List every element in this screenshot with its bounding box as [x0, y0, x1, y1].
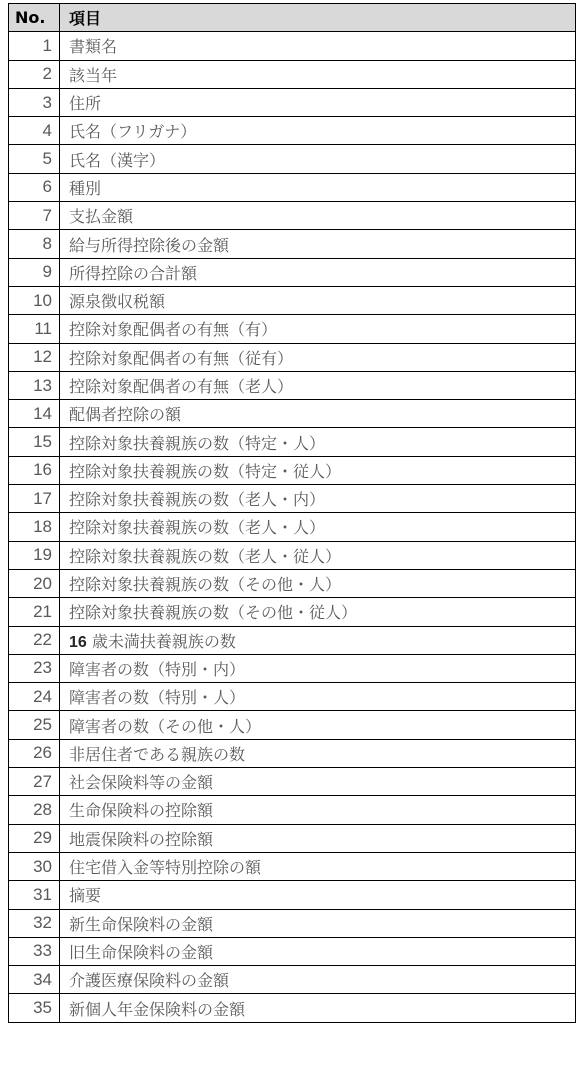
table-row: 8給与所得控除後の金額	[9, 230, 576, 258]
row-item: 控除対象配偶者の有無（老人）	[60, 371, 576, 399]
table-row: 25障害者の数（その他・人）	[9, 711, 576, 739]
row-number: 24	[9, 683, 60, 711]
row-item: 支払金額	[60, 202, 576, 230]
table-row: 14配偶者控除の額	[9, 400, 576, 428]
table-row: 12控除対象配偶者の有無（従有）	[9, 343, 576, 371]
row-number: 8	[9, 230, 60, 258]
table-row: 9所得控除の合計額	[9, 258, 576, 286]
row-number: 3	[9, 88, 60, 116]
table-row: 18控除対象扶養親族の数（老人・人）	[9, 513, 576, 541]
row-number: 26	[9, 739, 60, 767]
row-item: 控除対象扶養親族の数（特定・人）	[60, 428, 576, 456]
table-row: 27社会保険料等の金額	[9, 768, 576, 796]
row-item: 所得控除の合計額	[60, 258, 576, 286]
table-row: 11控除対象配偶者の有無（有）	[9, 315, 576, 343]
row-item: 16 歳未満扶養親族の数	[60, 626, 576, 654]
row-number: 34	[9, 966, 60, 994]
table-row: 13控除対象配偶者の有無（老人）	[9, 371, 576, 399]
table-row: 4氏名（フリガナ）	[9, 117, 576, 145]
row-item: 給与所得控除後の金額	[60, 230, 576, 258]
row-number: 13	[9, 371, 60, 399]
table-row: 15控除対象扶養親族の数（特定・人）	[9, 428, 576, 456]
row-number: 11	[9, 315, 60, 343]
row-item: 非居住者である親族の数	[60, 739, 576, 767]
row-item: 控除対象扶養親族の数（老人・人）	[60, 513, 576, 541]
table-row: 1書類名	[9, 32, 576, 60]
row-number: 33	[9, 937, 60, 965]
row-number: 30	[9, 852, 60, 880]
row-number: 22	[9, 626, 60, 654]
column-header-item: 項目	[60, 4, 576, 32]
row-item-bold-prefix: 16	[69, 634, 87, 651]
row-number: 16	[9, 456, 60, 484]
row-item: 控除対象扶養親族の数（その他・従人）	[60, 598, 576, 626]
row-item: 地震保険料の控除額	[60, 824, 576, 852]
row-item: 控除対象配偶者の有無（有）	[60, 315, 576, 343]
row-number: 29	[9, 824, 60, 852]
table-row: 10源泉徴収税額	[9, 286, 576, 314]
row-number: 9	[9, 258, 60, 286]
row-item: 源泉徴収税額	[60, 286, 576, 314]
table-row: 21控除対象扶養親族の数（その他・従人）	[9, 598, 576, 626]
row-number: 4	[9, 117, 60, 145]
table-row: 23障害者の数（特別・内）	[9, 654, 576, 682]
row-number: 14	[9, 400, 60, 428]
row-number: 7	[9, 202, 60, 230]
row-number: 12	[9, 343, 60, 371]
table-row: 34介護医療保険料の金額	[9, 966, 576, 994]
row-item: 控除対象扶養親族の数（老人・内）	[60, 485, 576, 513]
table-row: 26非居住者である親族の数	[9, 739, 576, 767]
table-row: 30住宅借入金等特別控除の額	[9, 852, 576, 880]
row-item: 控除対象扶養親族の数（老人・従人）	[60, 541, 576, 569]
row-number: 27	[9, 768, 60, 796]
row-item: 新生命保険料の金額	[60, 909, 576, 937]
table-row: 3住所	[9, 88, 576, 116]
row-number: 10	[9, 286, 60, 314]
row-number: 25	[9, 711, 60, 739]
table-row: 20控除対象扶養親族の数（その他・人）	[9, 569, 576, 597]
row-item: 障害者の数（特別・内）	[60, 654, 576, 682]
table-header-row: No. 項目	[9, 4, 576, 32]
row-item-text: 歳未満扶養親族の数	[87, 632, 236, 651]
row-item: 書類名	[60, 32, 576, 60]
row-number: 17	[9, 485, 60, 513]
row-number: 1	[9, 32, 60, 60]
row-item: 障害者の数（特別・人）	[60, 683, 576, 711]
row-number: 23	[9, 654, 60, 682]
row-item: 障害者の数（その他・人）	[60, 711, 576, 739]
row-item: 該当年	[60, 60, 576, 88]
row-number: 5	[9, 145, 60, 173]
table-row: 16控除対象扶養親族の数（特定・従人）	[9, 456, 576, 484]
row-number: 15	[9, 428, 60, 456]
row-number: 31	[9, 881, 60, 909]
row-number: 2	[9, 60, 60, 88]
row-item: 控除対象扶養親族の数（その他・人）	[60, 569, 576, 597]
row-item: 新個人年金保険料の金額	[60, 994, 576, 1022]
row-number: 20	[9, 569, 60, 597]
table-row: 2216 歳未満扶養親族の数	[9, 626, 576, 654]
row-item: 控除対象扶養親族の数（特定・従人）	[60, 456, 576, 484]
table-row: 6種別	[9, 173, 576, 201]
row-number: 32	[9, 909, 60, 937]
table-row: 32新生命保険料の金額	[9, 909, 576, 937]
table-row: 33旧生命保険料の金額	[9, 937, 576, 965]
row-item: 住宅借入金等特別控除の額	[60, 852, 576, 880]
table-row: 24障害者の数（特別・人）	[9, 683, 576, 711]
row-number: 18	[9, 513, 60, 541]
row-item: 氏名（漢字）	[60, 145, 576, 173]
table-row: 19控除対象扶養親族の数（老人・従人）	[9, 541, 576, 569]
table-body: 1書類名 2該当年 3住所 4氏名（フリガナ） 5氏名（漢字） 6種別 7支払金…	[9, 32, 576, 1022]
table-row: 29地震保険料の控除額	[9, 824, 576, 852]
row-item: 社会保険料等の金額	[60, 768, 576, 796]
table-row: 5氏名（漢字）	[9, 145, 576, 173]
row-number: 35	[9, 994, 60, 1022]
row-item: 介護医療保険料の金額	[60, 966, 576, 994]
row-number: 28	[9, 796, 60, 824]
row-number: 21	[9, 598, 60, 626]
row-number: 6	[9, 173, 60, 201]
row-item: 生命保険料の控除額	[60, 796, 576, 824]
row-item: 住所	[60, 88, 576, 116]
row-item: 氏名（フリガナ）	[60, 117, 576, 145]
row-item: 摘要	[60, 881, 576, 909]
row-item: 旧生命保険料の金額	[60, 937, 576, 965]
table-row: 31摘要	[9, 881, 576, 909]
row-item: 配偶者控除の額	[60, 400, 576, 428]
table-row: 2該当年	[9, 60, 576, 88]
column-header-no: No.	[9, 4, 60, 32]
row-item: 控除対象配偶者の有無（従有）	[60, 343, 576, 371]
table-row: 35新個人年金保険料の金額	[9, 994, 576, 1022]
row-number: 19	[9, 541, 60, 569]
table-row: 17控除対象扶養親族の数（老人・内）	[9, 485, 576, 513]
table-row: 7支払金額	[9, 202, 576, 230]
row-item: 種別	[60, 173, 576, 201]
items-table: No. 項目 1書類名 2該当年 3住所 4氏名（フリガナ） 5氏名（漢字） 6…	[8, 3, 576, 1023]
table-row: 28生命保険料の控除額	[9, 796, 576, 824]
